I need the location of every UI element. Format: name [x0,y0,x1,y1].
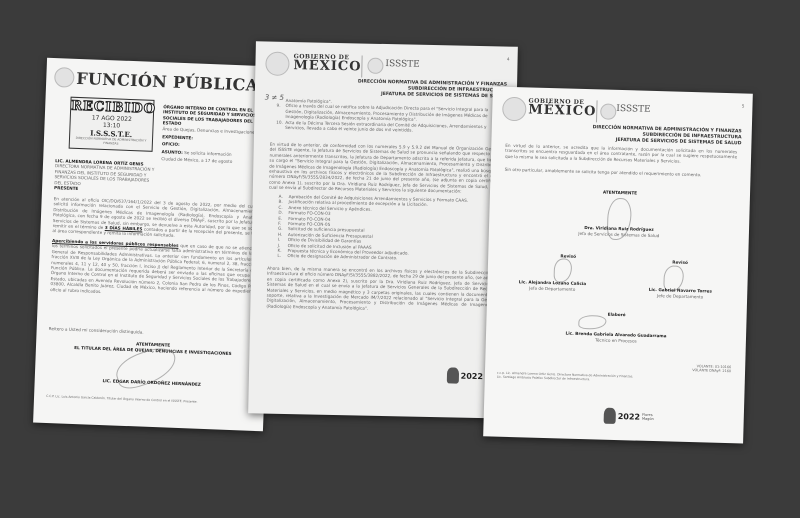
logo-divider [361,56,362,78]
oficio-label: OFICIO: [162,142,180,148]
paragraph-1: En virtud de lo anterior, de conformidad… [269,142,502,196]
gov-big-text: MÉXICO [528,104,596,118]
atentamente-label: ATENTAMENTE [504,187,736,199]
footer-logo: 2022 Flores Magón [604,408,657,425]
ccp-line: C.C.P. Lic. Luis Antonio García Calderón… [46,394,256,406]
reviewer-right-label: Revisó [640,259,720,267]
stamp-label: RECIBIDO [71,99,154,117]
signature-mark [553,258,572,282]
page-number: 5 [742,103,745,108]
paragraph-1: En virtud de lo anterior, se acredita qu… [505,143,737,166]
addressee-block: LIC. ALMENDRA LORENA ORTÍZ GENIS DIRECTO… [54,158,175,195]
closing-text: Reitero a Usted mi consideración disting… [49,326,259,339]
stamp-dept: DIRECCIÓN NORMATIVA DE ADMINISTRACIÓN Y … [70,137,152,147]
issste-logo-text: ISSSTE [385,59,420,70]
numbered-list: Anatomía Patológica". 9.Oficio a través … [276,98,502,135]
portrait-icon [604,408,616,424]
body-text: En atención al oficio OIC/DQ/637/164/1/2… [53,196,264,231]
item-number: 9. [276,103,282,119]
portrait-icon [447,367,459,383]
national-seal-icon [265,52,289,76]
item-number: 10. [276,119,282,130]
document-funcion-publica: FUNCIÓN PÚBLICA RECIBIDO 17 AGO 2022 13:… [33,58,277,432]
gobierno-mexico-logo: GOBIERNO DE MÉXICO [528,97,597,118]
gov-big-text: MÉXICO [293,60,361,73]
issste-logo-text: ISSSTE [616,104,651,115]
footer-tag: Flores Magón [642,413,656,421]
body-paragraph-2: Apercibiendo a los servidores públicos r… [50,238,262,300]
body-text: que en caso de que no se atienda en los … [50,243,262,294]
volante-block: VOLANTE: 01-10166 VOLANTE DNAyF: 2160 [692,364,731,373]
volante-line: VOLANTE DNAyF: 2160 [692,368,731,373]
footer-year: 2022 [618,412,641,422]
issste-emblem-icon [367,58,383,74]
department-header: DIRECCIÓN NORMATIVA DE ADMINISTRACIÓN Y … [287,78,507,100]
document-issste-page-5: GOBIERNO DE MÉXICO ISSSTE 5 DIRECCIÓN NO… [483,86,753,443]
logo-divider [596,100,598,122]
gobierno-mexico-logo: GOBIERNO DE MÉXICO [293,53,362,73]
national-seal-icon [54,67,75,88]
page-number: 4 [507,57,510,62]
agency-title: FUNCIÓN PÚBLICA [76,69,259,95]
issste-emblem-icon [600,103,616,119]
document-issste-page-4: GOBIERNO DE MÉXICO ISSSTE 4 DIRECCIÓN NO… [248,41,518,418]
item-letter: L. [277,253,283,259]
national-seal-icon [502,97,527,122]
asunto-label: ASUNTO: [161,149,182,155]
received-stamp: RECIBIDO 17 AGO 2022 13:10 I.S.S.S.T.E. … [69,97,155,152]
asunto-text: Se solicita información [184,150,232,157]
body-paragraph-1: En atención al oficio OIC/DQ/637/164/1/2… [52,196,263,242]
footer-year: 2022 [461,371,483,380]
expediente-label: EXPEDIENTE: [162,134,193,140]
paragraph-2: Sin otro particular, amablemente se soli… [505,167,737,179]
signature-mark [578,315,606,330]
lettered-list: A.Aprobación del Comité de Adquisiciones… [277,194,498,263]
item-text: Oficio de designación de Administrador d… [287,253,397,261]
ccp-block: c.c.p. Lic. Almendra Lorena Ortiz Genis.… [497,371,667,384]
paragraph-2: Ahora bien, de la misma manera se encont… [266,266,499,314]
